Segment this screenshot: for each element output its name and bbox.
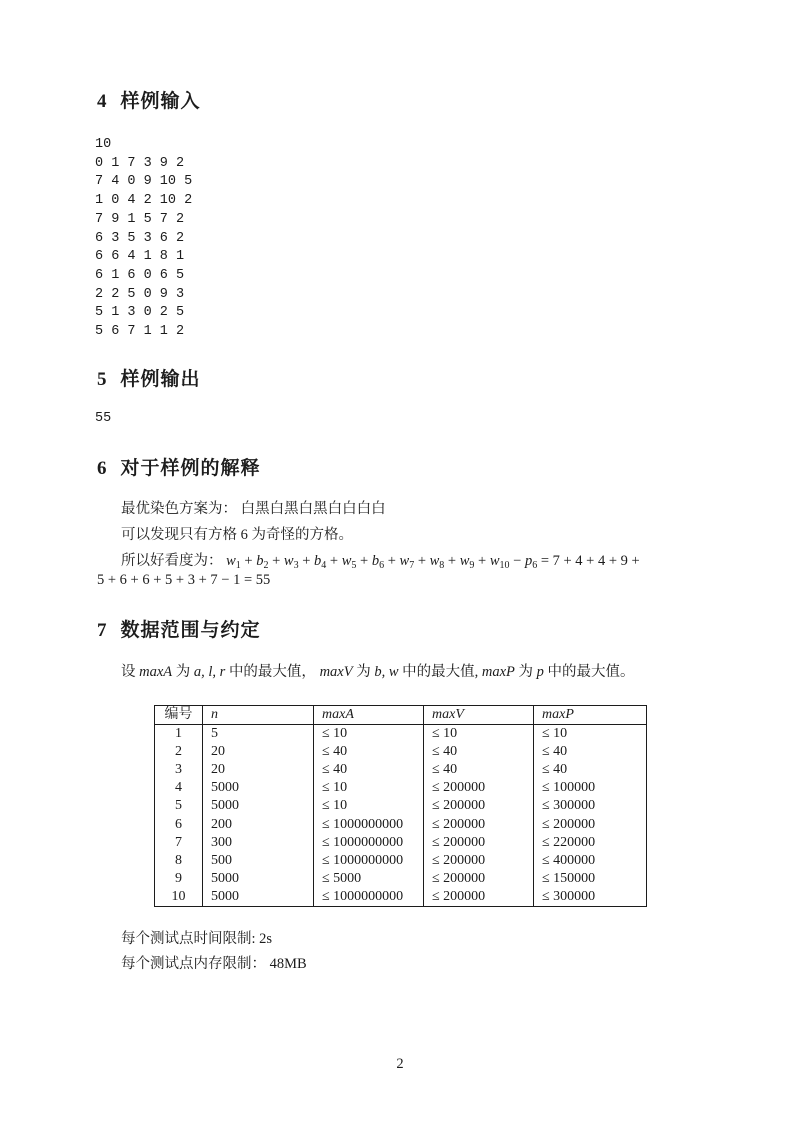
table-row: 220≤ 40≤ 40≤ 40 — [155, 743, 647, 761]
table-cell: 2 — [155, 743, 203, 761]
math-var: maxA — [139, 664, 172, 680]
sample-input-block: 100 1 7 3 9 27 4 0 9 10 51 0 4 2 10 27 9… — [95, 136, 192, 342]
table-cell: ≤ 150000 — [534, 870, 647, 888]
math-subscript: 8 — [439, 560, 444, 571]
text-run: + — [299, 553, 314, 569]
table-row: 320≤ 40≤ 40≤ 40 — [155, 761, 647, 779]
text-run: + — [268, 553, 283, 569]
table-row: 95000≤ 5000≤ 200000≤ 150000 — [155, 870, 647, 888]
text-run: + — [326, 553, 341, 569]
text-run: + — [241, 553, 256, 569]
table-cell: 3 — [155, 761, 203, 779]
table-row: 6200≤ 1000000000≤ 200000≤ 200000 — [155, 816, 647, 834]
math-subscript: 2 — [263, 560, 268, 571]
explanation-line-odd-square: 可以发现只有方格 6 为奇怪的方格。 — [97, 526, 703, 545]
table-row: 8500≤ 1000000000≤ 200000≤ 400000 — [155, 852, 647, 870]
sample-input-line: 10 — [95, 136, 192, 155]
table-row: 45000≤ 10≤ 200000≤ 100000 — [155, 779, 647, 797]
table-cell: ≤ 1000000000 — [314, 834, 424, 852]
math-var: a, l, r — [194, 664, 225, 680]
table-cell: 4 — [155, 779, 203, 797]
text-run: + — [414, 553, 429, 569]
sample-output-block: 55 — [95, 410, 111, 429]
sample-input-line: 6 1 6 0 6 5 — [95, 267, 192, 286]
math-subscript: 4 — [321, 560, 326, 571]
table-cell: 6 — [155, 816, 203, 834]
table-cell: ≤ 10 — [314, 779, 424, 797]
sample-input-line: 5 1 3 0 2 5 — [95, 304, 192, 323]
table-cell: ≤ 200000 — [424, 888, 534, 907]
explanation-formula-line1: 所以好看度为： w1 + b2 + w3 + b4 + w5 + b6 + w7… — [97, 552, 703, 571]
text-run: 为 — [515, 664, 537, 680]
table-cell: 5000 — [203, 888, 314, 907]
section-number: 5 — [97, 369, 107, 390]
text-run: = 7 + 4 + 4 + 9 + — [537, 553, 640, 569]
sample-input-line: 1 0 4 2 10 2 — [95, 192, 192, 211]
table-cell: 300 — [203, 834, 314, 852]
table-cell: 5 — [203, 725, 314, 744]
math-subscript: 6 — [379, 560, 384, 571]
column-header: maxV — [424, 706, 534, 725]
table-cell: ≤ 200000 — [424, 834, 534, 852]
sample-input-line: 5 6 7 1 1 2 — [95, 323, 192, 342]
table-cell: ≤ 200000 — [424, 816, 534, 834]
table-cell: 20 — [203, 743, 314, 761]
table-cell: ≤ 40 — [314, 761, 424, 779]
table-cell: 20 — [203, 761, 314, 779]
document-page: 4样例输入 100 1 7 3 9 27 4 0 9 10 51 0 4 2 1… — [0, 0, 800, 1131]
section-title: 对于样例的解释 — [121, 458, 261, 479]
table-cell: 200 — [203, 816, 314, 834]
sample-output-value: 55 — [95, 410, 111, 429]
table-cell: 5000 — [203, 779, 314, 797]
table-row: 55000≤ 10≤ 200000≤ 300000 — [155, 797, 647, 815]
text-run: 中的最大值, — [399, 664, 482, 680]
math-var: w — [490, 553, 500, 569]
table-cell: 1 — [155, 725, 203, 744]
constraints-table: 编号nmaxAmaxVmaxP15≤ 10≤ 10≤ 10220≤ 40≤ 40… — [154, 705, 647, 907]
table-cell: ≤ 40 — [534, 743, 647, 761]
section-number: 6 — [97, 458, 107, 479]
math-subscript: 6 — [532, 560, 537, 571]
constraints-intro: 设 maxA 为 a, l, r 中的最大值， maxV 为 b, w 中的最大… — [97, 663, 703, 682]
table-cell: 5000 — [203, 797, 314, 815]
math-subscript: 5 — [351, 560, 356, 571]
math-var: w — [400, 553, 410, 569]
table-row: 105000≤ 1000000000≤ 200000≤ 300000 — [155, 888, 647, 907]
table-cell: ≤ 5000 — [314, 870, 424, 888]
sample-input-line: 6 6 4 1 8 1 — [95, 248, 192, 267]
math-var: b, w — [374, 664, 398, 680]
math-subscript: 9 — [469, 560, 474, 571]
table-header-row: 编号nmaxAmaxVmaxP — [155, 706, 647, 725]
math-var: w — [430, 553, 440, 569]
column-header: 编号 — [155, 706, 203, 725]
table-cell: ≤ 200000 — [424, 779, 534, 797]
table-cell: ≤ 300000 — [534, 797, 647, 815]
math-subscript: 10 — [500, 560, 510, 571]
math-subscript: 7 — [409, 560, 414, 571]
section-heading-constraints: 7数据范围与约定 — [97, 620, 261, 642]
sample-input-line: 0 1 7 3 9 2 — [95, 155, 192, 174]
table-row: 7300≤ 1000000000≤ 200000≤ 220000 — [155, 834, 647, 852]
sample-input-line: 7 9 1 5 7 2 — [95, 211, 192, 230]
table-cell: ≤ 200000 — [424, 870, 534, 888]
table-cell: ≤ 40 — [424, 743, 534, 761]
explanation-line-coloring: 最优染色方案为： 白黑白黑白黑白白白白 — [97, 500, 703, 519]
page-number: 2 — [0, 1056, 800, 1073]
text-run: 所以好看度为： — [121, 553, 226, 569]
math-subscript: 1 — [236, 560, 241, 571]
table-cell: ≤ 40 — [424, 761, 534, 779]
table-cell: 5000 — [203, 870, 314, 888]
constraints-intro-line: 设 maxA 为 a, l, r 中的最大值， maxV 为 b, w 中的最大… — [97, 663, 703, 682]
section-heading-sample-output: 5样例输出 — [97, 369, 201, 391]
table-cell: ≤ 300000 — [534, 888, 647, 907]
table-cell: ≤ 1000000000 — [314, 852, 424, 870]
table-cell: 8 — [155, 852, 203, 870]
table-cell: ≤ 200000 — [534, 816, 647, 834]
text-run: 中的最大值， — [225, 664, 319, 680]
section-heading-explanation: 6对于样例的解释 — [97, 458, 261, 480]
table-cell: ≤ 10 — [534, 725, 647, 744]
table-cell: 9 — [155, 870, 203, 888]
text-run: + — [384, 553, 399, 569]
section-number: 7 — [97, 620, 107, 641]
math-subscript: 3 — [294, 560, 299, 571]
table-cell: 500 — [203, 852, 314, 870]
time-limit: 每个测试点时间限制: 2s — [97, 930, 703, 949]
memory-limit: 每个测试点内存限制： 48MB — [97, 955, 703, 974]
table-row: 15≤ 10≤ 10≤ 10 — [155, 725, 647, 744]
text-run: + — [474, 553, 489, 569]
math-var: maxP — [482, 664, 515, 680]
table-cell: ≤ 10 — [314, 797, 424, 815]
section-title: 数据范围与约定 — [121, 620, 261, 641]
table-cell: ≤ 100000 — [534, 779, 647, 797]
sample-input-line: 2 2 5 0 9 3 — [95, 286, 192, 305]
column-header: maxP — [534, 706, 647, 725]
explanation-formula-line2: 5 + 6 + 6 + 5 + 3 + 7 − 1 = 55 — [97, 571, 703, 590]
table-cell: ≤ 10 — [424, 725, 534, 744]
math-var: p — [537, 664, 544, 680]
text-run: + — [444, 553, 459, 569]
explanation-body: 最优染色方案为： 白黑白黑白黑白白白白 可以发现只有方格 6 为奇怪的方格。 所… — [97, 500, 703, 590]
limits-block: 每个测试点时间限制: 2s 每个测试点内存限制： 48MB — [97, 930, 703, 974]
section-title: 样例输出 — [121, 369, 201, 390]
table-cell: ≤ 400000 — [534, 852, 647, 870]
sample-input-line: 7 4 0 9 10 5 — [95, 173, 192, 192]
text-run: + — [356, 553, 371, 569]
table-cell: ≤ 220000 — [534, 834, 647, 852]
column-header: maxA — [314, 706, 424, 725]
text-run: 为 — [172, 664, 194, 680]
section-title: 样例输入 — [121, 91, 201, 112]
text-run: 设 — [121, 664, 139, 680]
math-var: b — [372, 553, 379, 569]
text-run: 为 — [353, 664, 375, 680]
table-cell: ≤ 200000 — [424, 852, 534, 870]
math-var: w — [284, 553, 294, 569]
section-heading-sample-input: 4样例输入 — [97, 91, 201, 113]
table-cell: 5 — [155, 797, 203, 815]
text-run: − — [510, 553, 525, 569]
sample-input-line: 6 3 5 3 6 2 — [95, 230, 192, 249]
math-var: w — [460, 553, 470, 569]
table-cell: ≤ 10 — [314, 725, 424, 744]
column-header: n — [203, 706, 314, 725]
table-cell: 7 — [155, 834, 203, 852]
table-cell: ≤ 1000000000 — [314, 816, 424, 834]
table-cell: ≤ 1000000000 — [314, 888, 424, 907]
table-cell: 10 — [155, 888, 203, 907]
section-number: 4 — [97, 91, 107, 112]
text-run: 中的最大值。 — [544, 664, 635, 680]
math-var: maxV — [320, 664, 353, 680]
table-cell: ≤ 200000 — [424, 797, 534, 815]
table-cell: ≤ 40 — [534, 761, 647, 779]
math-var: w — [342, 553, 352, 569]
table-cell: ≤ 40 — [314, 743, 424, 761]
math-var: w — [226, 553, 236, 569]
